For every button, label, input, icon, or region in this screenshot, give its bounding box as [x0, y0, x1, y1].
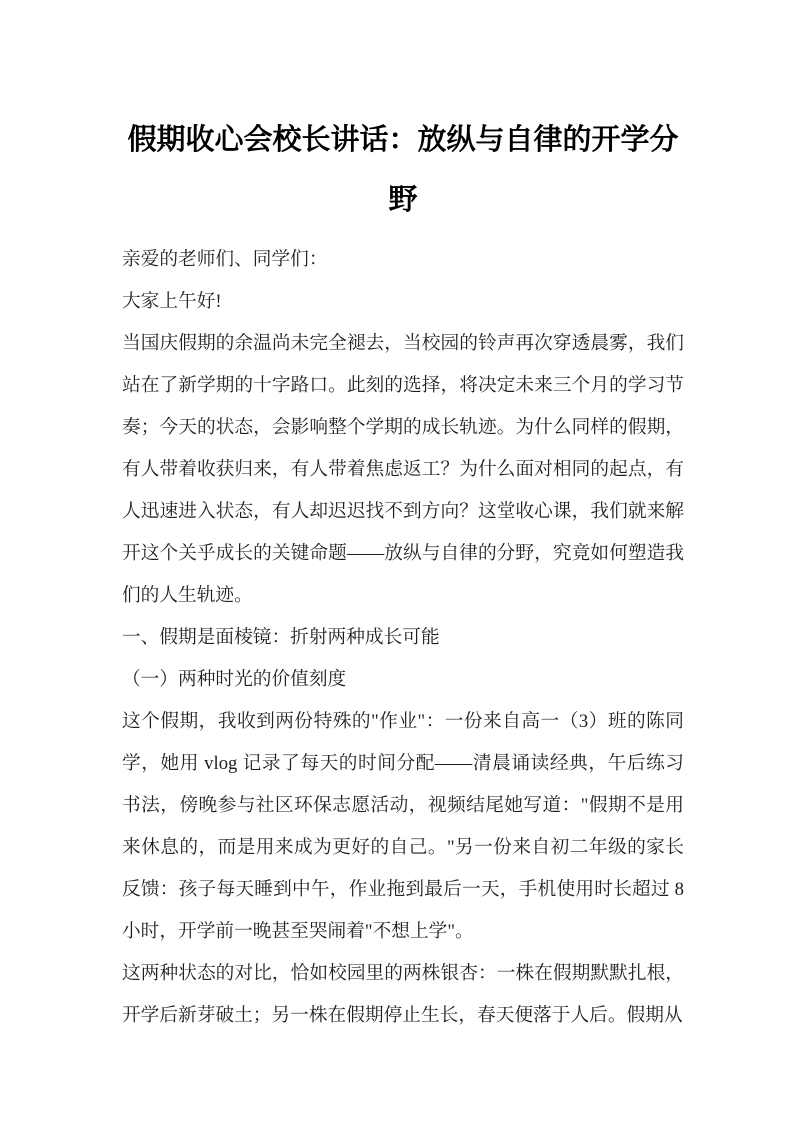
intro-paragraph: 当国庆假期的余温尚未完全褪去，当校园的铃声再次穿透晨雾，我们站在了新学期的十字路… — [122, 323, 684, 617]
paragraph-ginkgo-comparison: 这两种状态的对比，恰如校园里的两株银杏：一株在假期默默扎根，开学后新芽破土；另一… — [122, 953, 684, 1037]
text-line: 开这个关乎成长的关键命题——放纵与自律的分野，究竟如何塑造我 — [122, 533, 684, 575]
text-line: 一、假期是面棱镜：折射两种成长可能 — [122, 617, 684, 659]
text-line: 这两种状态的对比，恰如校园里的两株银杏：一株在假期默默扎根， — [122, 953, 684, 995]
text-line: （一）两种时光的价值刻度 — [122, 659, 684, 701]
text-line: 书法，傍晚参与社区环保志愿活动，视频结尾她写道："假期不是用 — [122, 785, 684, 827]
paragraph-two-assignments: 这个假期，我收到两份特殊的"作业"：一份来自高一（3）班的陈同学，她用 vlog… — [122, 701, 684, 953]
text-line: 大家上午好! — [122, 281, 684, 323]
greeting: 大家上午好! — [122, 281, 684, 323]
text-line: 这个假期，我收到两份特殊的"作业"：一份来自高一（3）班的陈同 — [122, 701, 684, 743]
text-line: 亲爱的老师们、同学们： — [122, 239, 684, 281]
text-line: 学，她用 vlog 记录了每天的时间分配——清晨诵读经典，午后练习 — [122, 743, 684, 785]
text-line: 来休息的，而是用来成为更好的自己。"另一份来自初二年级的家长 — [122, 827, 684, 869]
document-page: 假期收心会校长讲话：放纵与自律的开学分野 亲爱的老师们、同学们：大家上午好!当国… — [0, 0, 793, 1122]
text-line: 反馈：孩子每天睡到中午，作业拖到最后一天，手机使用时长超过 8 — [122, 869, 684, 911]
text-line: 人迅速进入状态，有人却迟迟找不到方向？这堂收心课，我们就来解 — [122, 491, 684, 533]
subsection-heading-1-1: （一）两种时光的价值刻度 — [122, 659, 684, 701]
section-heading-1: 一、假期是面棱镜：折射两种成长可能 — [122, 617, 684, 659]
text-line: 站在了新学期的十字路口。此刻的选择，将决定未来三个月的学习节 — [122, 365, 684, 407]
text-line: 有人带着收获归来，有人带着焦虑返工？为什么面对相同的起点，有 — [122, 449, 684, 491]
text-line: 小时，开学前一晚甚至哭闹着"不想上学"。 — [122, 911, 684, 953]
text-line: 们的人生轨迹。 — [122, 575, 684, 617]
text-line: 当国庆假期的余温尚未完全褪去，当校园的铃声再次穿透晨雾，我们 — [122, 323, 684, 365]
text-line: 奏；今天的状态，会影响整个学期的成长轨迹。为什么同样的假期， — [122, 407, 684, 449]
salutation: 亲爱的老师们、同学们： — [122, 239, 684, 281]
text-line: 开学后新芽破土；另一株在假期停止生长，春天便落于人后。假期从 — [122, 995, 684, 1037]
document-body: 亲爱的老师们、同学们：大家上午好!当国庆假期的余温尚未完全褪去，当校园的铃声再次… — [122, 239, 684, 1037]
document-title: 假期收心会校长讲话：放纵与自律的开学分野 — [122, 110, 684, 230]
